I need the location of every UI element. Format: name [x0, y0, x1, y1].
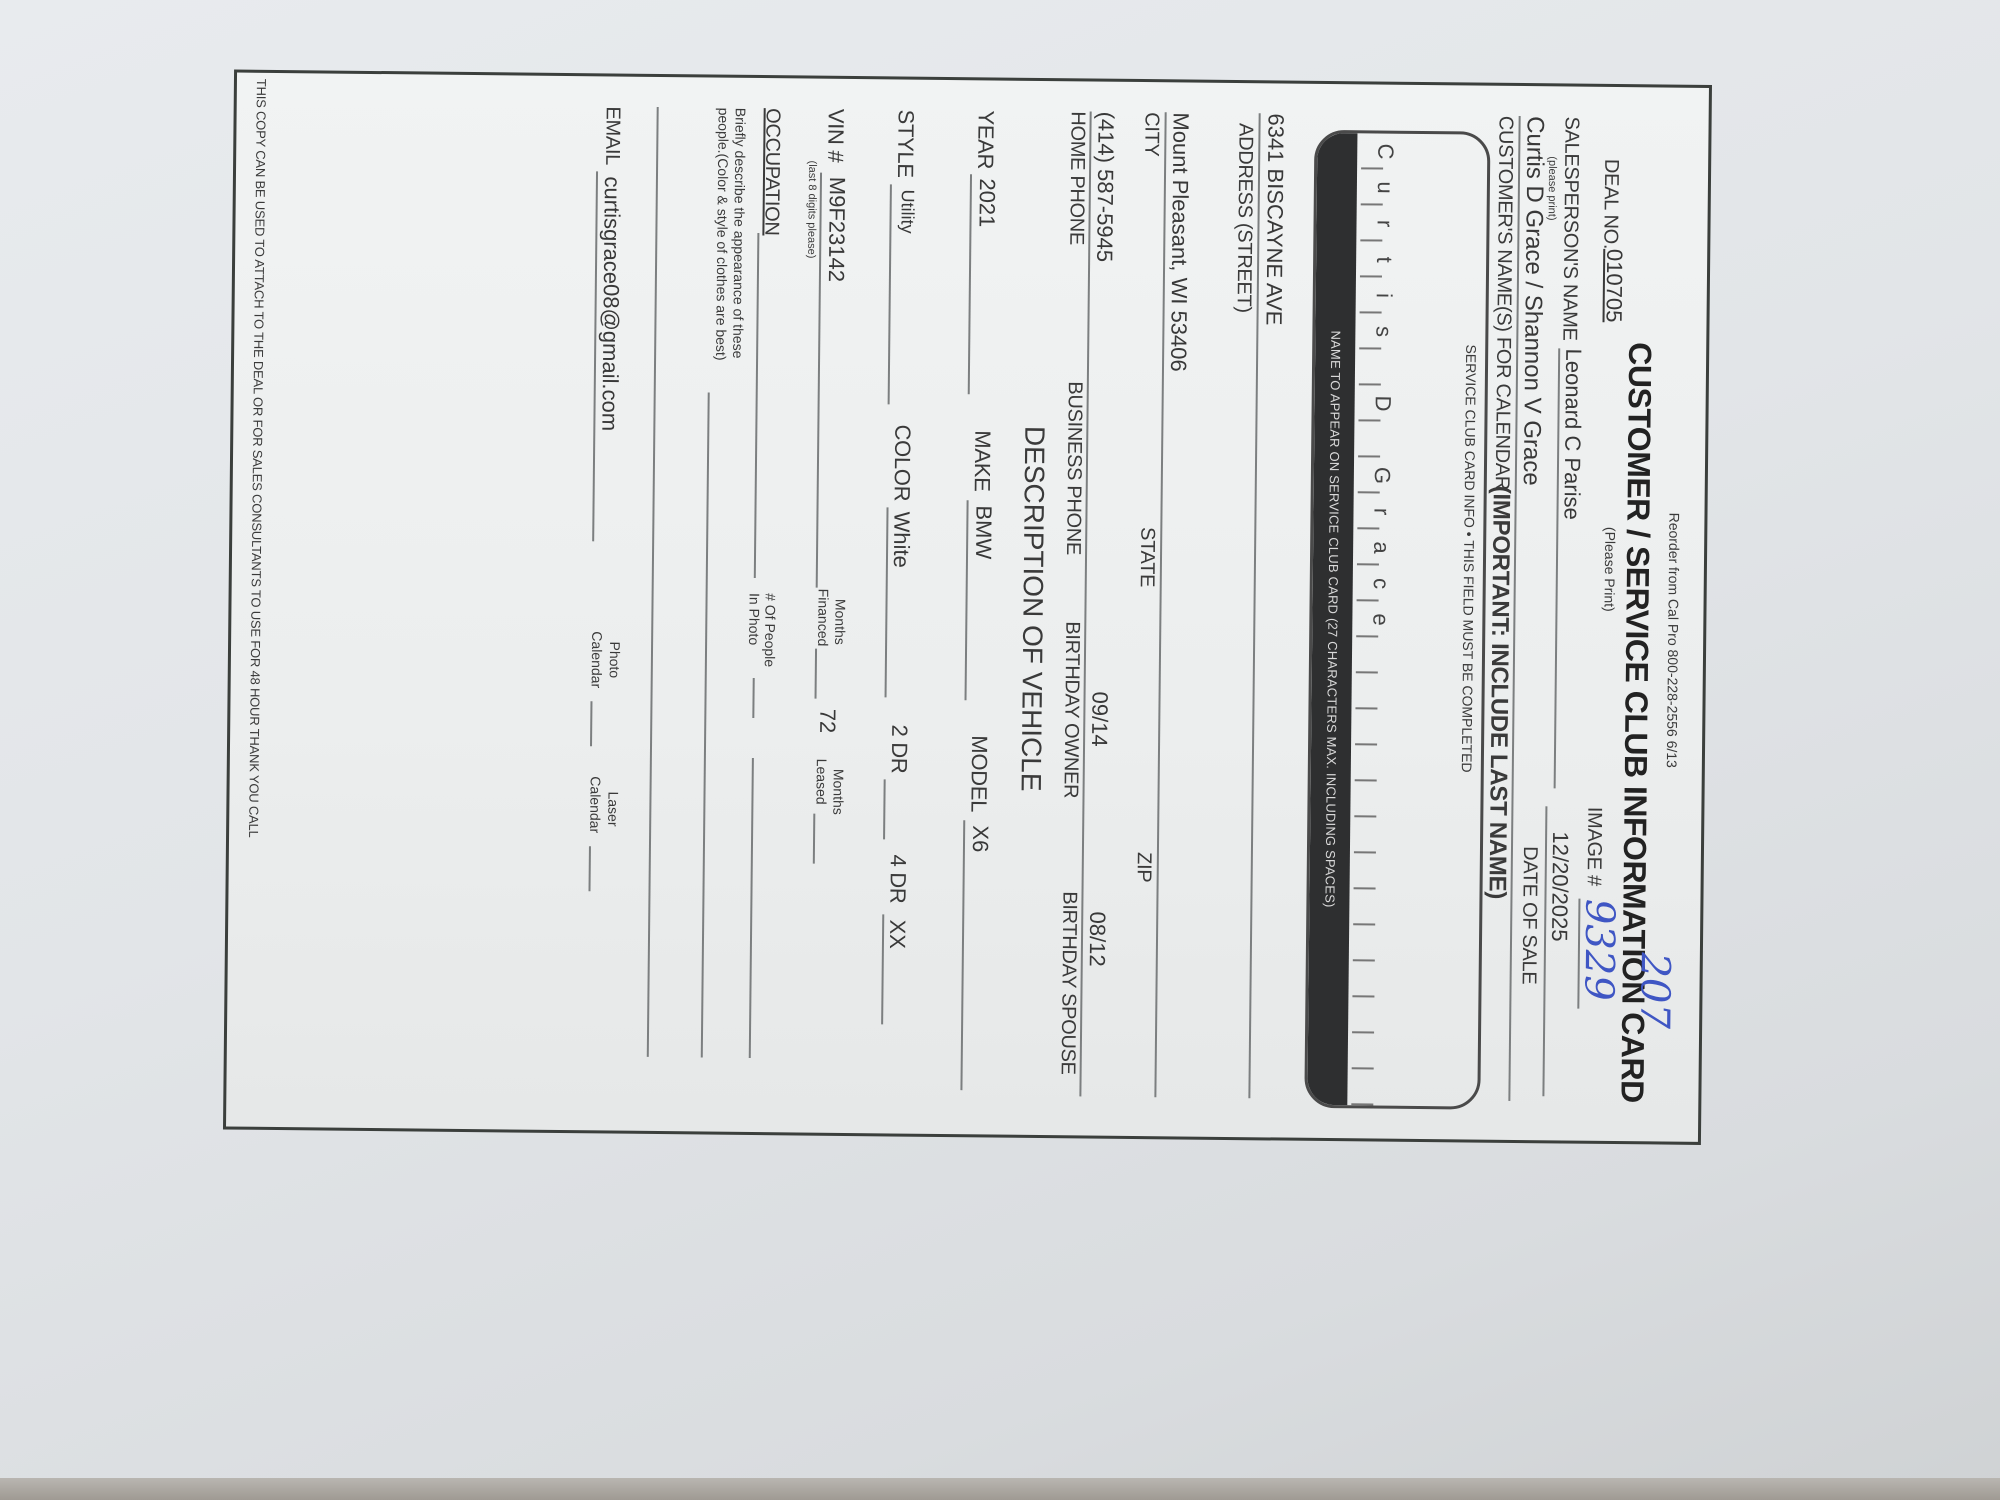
name-character-cells: CurtisDGrace: [1347, 133, 1407, 1105]
address-label: ADDRESS (STREET): [1232, 123, 1257, 313]
name-character-cell: r: [1353, 493, 1403, 530]
please-print-note: (Please Print): [1601, 527, 1618, 612]
name-character-cell: D: [1354, 385, 1404, 422]
people-count-label-2: In Photo: [746, 593, 763, 645]
color-value: White: [888, 511, 915, 568]
name-character-cell: r: [1356, 205, 1406, 242]
name-character-cell: [1355, 349, 1405, 386]
important-note: (IMPORTANT: INCLUDE LAST NAME): [1482, 486, 1514, 899]
year-label: YEAR: [972, 110, 999, 169]
name-character-cell: [1348, 997, 1398, 1034]
months-financed-label-2: Financed: [815, 589, 832, 647]
city-value: Mount Pleasant, WI 53406: [1165, 112, 1194, 372]
months-financed-label-1: Months: [832, 599, 848, 645]
name-character-cell: [1354, 421, 1404, 458]
year-value: 2021: [973, 178, 1000, 227]
name-character-cell: [1350, 817, 1400, 854]
birthday-spouse-label: BIRTHDAY SPOUSE: [1056, 891, 1081, 1075]
four-door-value: XX: [884, 919, 910, 949]
date-of-sale-label: DATE OF SALE: [1517, 846, 1541, 985]
date-of-sale-value: 12/20/2025: [1546, 831, 1573, 941]
vin-label: VIN #: [822, 109, 849, 163]
vin-value: M9F23142: [823, 177, 850, 282]
home-phone-label: HOME PHONE: [1064, 111, 1088, 245]
birthday-owner-value: 09/14: [1086, 691, 1113, 746]
months-leased-label-1: Months: [830, 769, 846, 815]
photo-calendar-label-2: Calendar: [589, 631, 606, 688]
reorder-note: Reorder from Cal Pro 800-228-2556 6/13: [1664, 513, 1683, 768]
image-no-label: IMAGE #: [1582, 807, 1606, 886]
name-character-cell: [1352, 637, 1402, 674]
name-character-cell: u: [1357, 169, 1407, 206]
occupation-label: OCCUPATION: [759, 108, 783, 236]
zip-label: ZIP: [1132, 852, 1155, 882]
name-character-cell: [1348, 961, 1398, 998]
name-character-cell: a: [1353, 529, 1403, 566]
service-club-note: SERVICE CLUB CARD INFO • THIS FIELD MUST…: [1459, 344, 1479, 772]
name-character-cell: e: [1352, 601, 1402, 638]
laser-calendar-label-2: Calendar: [587, 776, 604, 833]
image-no-value: 9329: [1575, 899, 1622, 1001]
people-count-label-1: # Of People: [762, 593, 779, 667]
customer-names-value: Curtis D Grace / Shannon V Grace: [1517, 116, 1549, 486]
name-character-cell: [1351, 673, 1401, 710]
name-character-cell: s: [1355, 313, 1405, 350]
name-character-cell: t: [1356, 241, 1406, 278]
vehicle-heading: DESCRIPTION OF VEHICLE: [1015, 426, 1051, 792]
image-extra-value: 207: [1631, 952, 1678, 1029]
make-label: MAKE: [969, 430, 996, 491]
name-character-cell: [1351, 709, 1401, 746]
laser-calendar-label-1: Laser: [605, 791, 621, 826]
email-value: curtisgrace08@gmail.com: [596, 176, 625, 431]
salesperson-label: SALESPERSON'S NAME: [1557, 116, 1582, 340]
birthday-spouse-value: 08/12: [1084, 911, 1111, 966]
name-character-cell: [1349, 925, 1399, 962]
name-character-cell: [1347, 1069, 1397, 1106]
four-door-label: 4 DR: [884, 854, 911, 903]
style-label: STYLE: [892, 109, 919, 177]
footer-note: THIS COPY CAN BE USED TO ATTACH TO THE D…: [246, 79, 269, 838]
name-character-cell: [1351, 745, 1401, 782]
model-label: MODEL: [965, 735, 992, 812]
service-club-name-box: SERVICE CLUB CARD INFO • THIS FIELD MUST…: [1304, 130, 1490, 1110]
model-value: X6: [967, 825, 993, 852]
table-surface: [0, 1478, 2000, 1500]
home-phone-value: (414) 587-5945: [1091, 112, 1119, 263]
months-leased-value: 72: [814, 709, 840, 734]
business-phone-label: BUSINESS PHONE: [1061, 381, 1086, 555]
customer-info-card: Reorder from Cal Pro 800-228-2556 6/13 C…: [223, 70, 1712, 1145]
photo-calendar-label-1: Photo: [607, 641, 623, 678]
customer-names-label: CUSTOMER'S NAME(S) FOR CALENDAR: [1490, 116, 1517, 490]
name-character-cell: i: [1356, 277, 1406, 314]
name-character-cell: c: [1353, 565, 1403, 602]
make-value: BMW: [970, 505, 997, 559]
describe-line-2: people.(Color & style of clothes are bes…: [713, 108, 732, 361]
salesperson-value: Leonard C Parise: [1558, 348, 1586, 519]
vin-note: (last 8 digits please): [805, 161, 818, 259]
name-character-cell: [1350, 853, 1400, 890]
state-label: STATE: [1135, 527, 1159, 587]
address-value: 6341 BISCAYNE AVE: [1260, 113, 1288, 325]
name-character-cell: C: [1357, 133, 1407, 170]
name-character-cell: [1348, 1033, 1398, 1070]
birthday-owner-label: BIRTHDAY OWNER: [1058, 621, 1083, 798]
color-label: COLOR: [889, 424, 916, 501]
deal-no-label: DEAL NO.: [1598, 159, 1622, 249]
months-leased-label-2: Leased: [813, 759, 829, 805]
describe-line-1: Briefly describe the appearance of these: [730, 108, 749, 359]
city-label: CITY: [1139, 112, 1162, 157]
email-label: EMAIL: [600, 106, 624, 165]
style-value: Utility: [896, 189, 917, 233]
name-character-cell: G: [1354, 457, 1404, 494]
two-door-label: 2 DR: [886, 724, 913, 773]
name-character-cell: [1350, 781, 1400, 818]
deal-no-value: 010705: [1601, 249, 1628, 323]
name-character-cell: [1349, 889, 1399, 926]
paper-sheet: Reorder from Cal Pro 800-228-2556 6/13 C…: [223, 70, 1712, 1145]
